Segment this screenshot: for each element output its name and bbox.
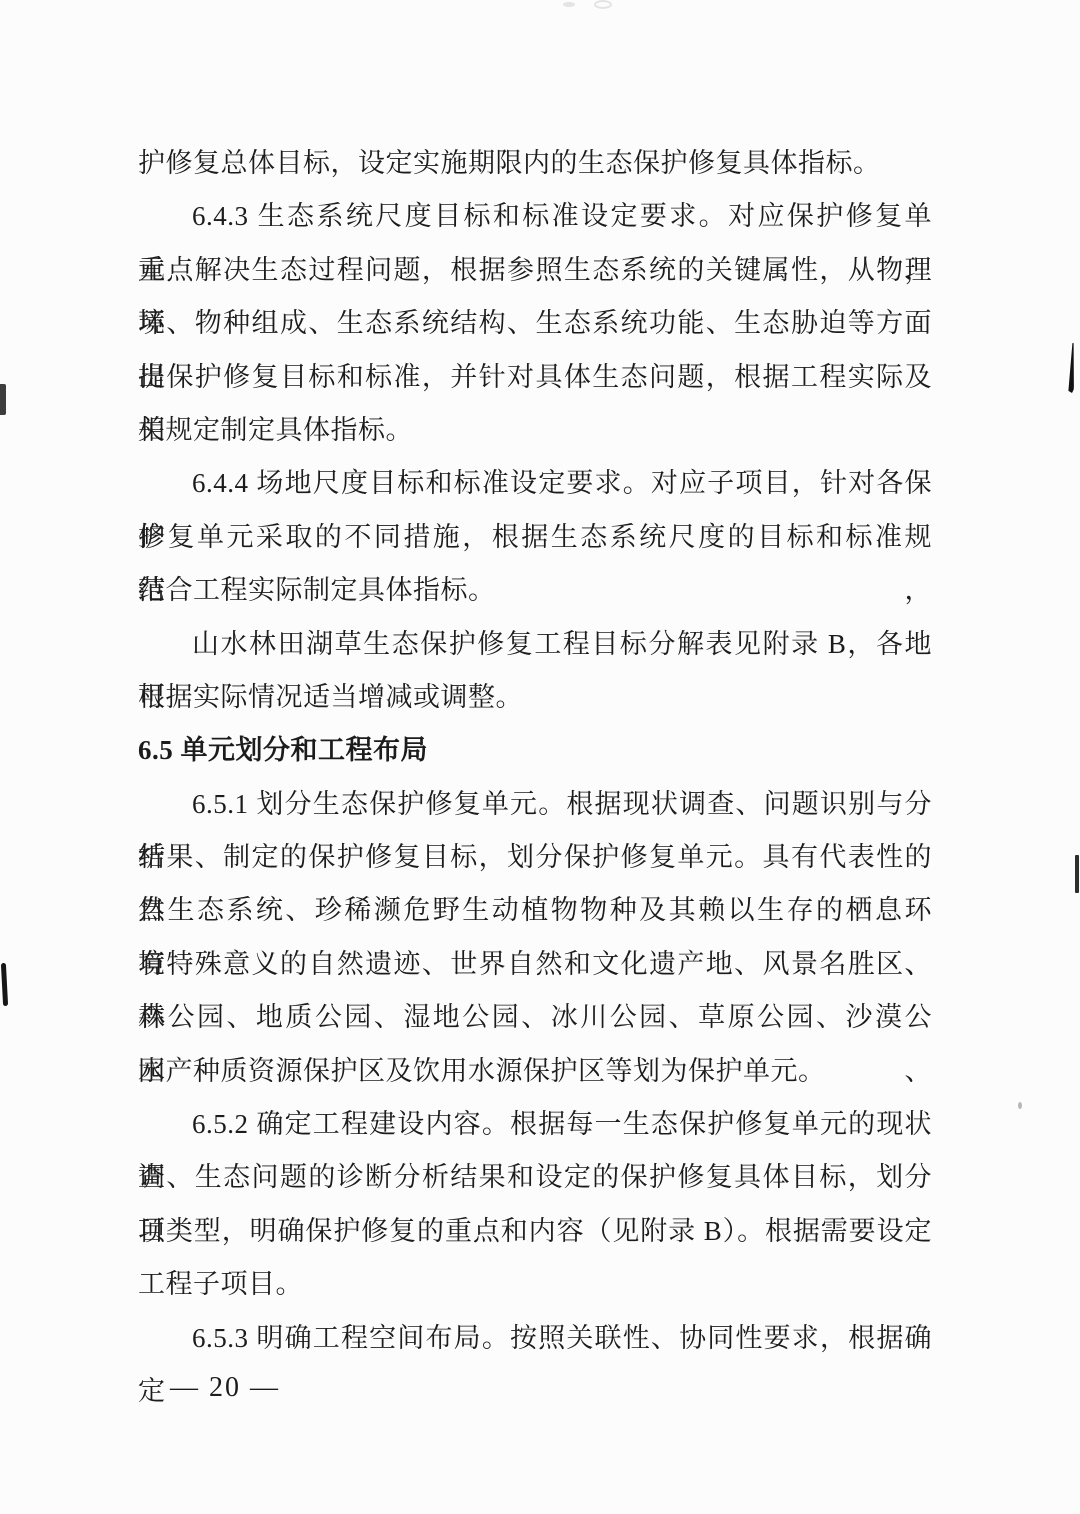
document-body: 护修复总体目标，设定实施期限内的生态保护修复具体指标。 6.4.3 生态系统尺度… bbox=[138, 137, 932, 1365]
scanned-page: 护修复总体目标，设定实施期限内的生态保护修复具体指标。 6.4.3 生态系统尺度… bbox=[0, 0, 1080, 1514]
clause-6-4-4-line: 6.4.4 场地尺度目标和标准设定要求。对应子项目，针对各保护 bbox=[138, 457, 932, 510]
text-line: 重点解决生态过程问题，根据参照生态系统的关键属性，从物理环 bbox=[138, 244, 932, 297]
clause-6-5-2-line: 6.5.2 确定工程建设内容。根据每一生态保护修复单元的现状调 bbox=[138, 1098, 932, 1151]
text-line: 林公园、地质公园、湿地公园、冰川公园、草原公园、沙漠公园、 bbox=[138, 991, 932, 1044]
text-line: 关规定制定具体指标。 bbox=[138, 404, 932, 457]
text-line: 根据实际情况适当增减或调整。 bbox=[138, 671, 932, 724]
scan-smudge-left-upper bbox=[0, 384, 6, 415]
scan-dot-mid-right bbox=[1018, 1102, 1022, 1109]
clause-6-5-3-line: 6.5.3 明确工程空间布局。按照关联性、协同性要求，根据确定 bbox=[138, 1312, 932, 1365]
section-heading-6-5: 6.5 单元划分和工程布局 bbox=[138, 724, 932, 777]
clause-6-4-3-line: 6.4.3 生态系统尺度目标和标准设定要求。对应保护修复单元， bbox=[138, 190, 932, 243]
text-line: 护修复总体目标，设定实施期限内的生态保护修复具体指标。 bbox=[138, 137, 932, 190]
text-line: 山水林田湖草生态保护修复工程目标分解表见附录 B，各地可 bbox=[138, 618, 932, 671]
clause-6-5-1-line: 6.5.1 划分生态保护修复单元。根据现状调查、问题识别与分析 bbox=[138, 778, 932, 831]
scan-smudge-right-upper bbox=[1068, 343, 1077, 393]
page-number: — 20 — bbox=[170, 1372, 280, 1404]
text-line: 工程子项目。 bbox=[138, 1258, 932, 1311]
text-line: 有特殊意义的自然遗迹、世界自然和文化遗产地、风景名胜区、森 bbox=[138, 938, 932, 991]
text-line: 修复单元采取的不同措施，根据生态系统尺度的目标和标准规范， bbox=[138, 511, 932, 564]
text-line: 结果、制定的保护修复目标，划分保护修复单元。具有代表性的自 bbox=[138, 831, 932, 884]
text-line: 查、生态问题的诊断分析结果和设定的保护修复具体目标，划分项 bbox=[138, 1151, 932, 1204]
scan-speck-top-center bbox=[563, 2, 575, 7]
text-line: 境、物种组成、生态系统结构、生态系统功能、生态胁迫等方面提 bbox=[138, 297, 932, 350]
scan-smudge-left-lower bbox=[1, 963, 8, 1006]
text-line: 出保护修复目标和标准，并针对具体生态问题，根据工程实际及相 bbox=[138, 351, 932, 404]
text-line: 目类型，明确保护修复的重点和内容（见附录 B）。根据需要设定 bbox=[138, 1205, 932, 1258]
text-line: 水产种质资源保护区及饮用水源保护区等划为保护单元。 bbox=[138, 1045, 932, 1098]
scan-smudge-right-lower bbox=[1075, 855, 1079, 893]
text-line: 然生态系统、珍稀濒危野生动植物物种及其赖以生存的栖息环境、 bbox=[138, 884, 932, 937]
scan-speck-top-center-2 bbox=[594, 0, 612, 9]
